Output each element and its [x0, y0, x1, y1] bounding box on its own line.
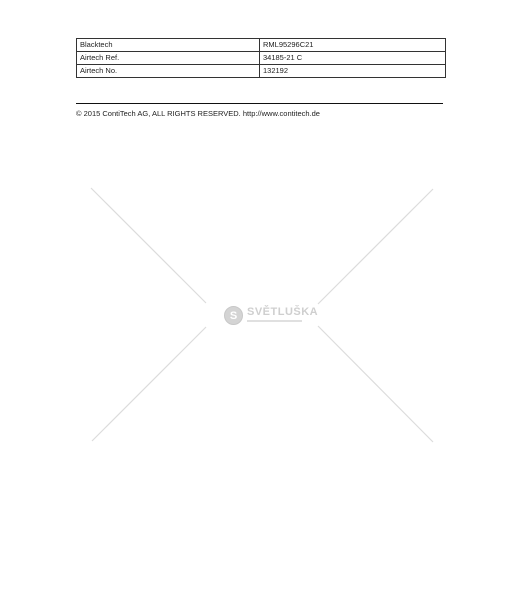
logo-emblem-icon: S [224, 306, 243, 325]
watermark-logo: S SVĚTLUŠKA [224, 305, 314, 327]
logo-brand: SVĚTLUŠKA [247, 306, 318, 318]
logo-tagline [247, 320, 302, 322]
watermark-line [92, 327, 206, 441]
watermark-cross [0, 0, 524, 600]
watermark-line [318, 326, 433, 442]
watermark-line [318, 189, 433, 304]
watermark-line [91, 188, 206, 303]
